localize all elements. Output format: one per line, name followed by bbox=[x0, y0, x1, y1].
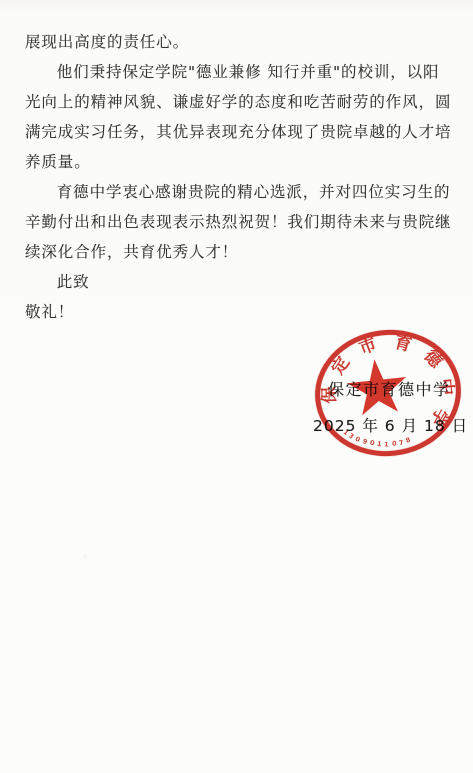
letter-line: 光向上的精神风貌、谦虚好学的态度和吃苦耐劳的作风，圆 bbox=[25, 87, 453, 117]
letter-line: 他们秉持保定学院"德业兼修 知行并重"的校训，以阳 bbox=[25, 57, 453, 87]
letter-line: 养质量。 bbox=[25, 147, 453, 177]
letter-body: 展现出高度的责任心。 他们秉持保定学院"德业兼修 知行并重"的校训，以阳 光向上… bbox=[25, 27, 453, 327]
letter-line: 满完成实习任务，其优异表现充分体现了贵院卓越的人才培 bbox=[25, 117, 453, 147]
letter-line: 续深化合作，共育优秀人才！ bbox=[25, 237, 453, 267]
letter-page: 展现出高度的责任心。 他们秉持保定学院"德业兼修 知行并重"的校训，以阳 光向上… bbox=[0, 0, 473, 773]
letter-closing-cizhi: 此致 bbox=[25, 267, 453, 297]
letter-closing-jingli: 敬礼！ bbox=[25, 297, 453, 327]
seal-arc-char: 中 bbox=[435, 376, 457, 398]
letter-line: 育德中学衷心感谢贵院的精心选派，并对四位实习生的 bbox=[25, 177, 453, 207]
school-seal-stamp: 保 定 市 育 德 中 学 1 3 0 9 0 1 1 0 7 8 bbox=[309, 323, 467, 464]
letter-line: 展现出高度的责任心。 bbox=[25, 27, 453, 57]
letter-line: 辛勤付出和出色表现表示热烈祝贺！我们期待未来与贵院继 bbox=[25, 207, 453, 237]
seal-arc-char: 保 bbox=[320, 385, 340, 405]
